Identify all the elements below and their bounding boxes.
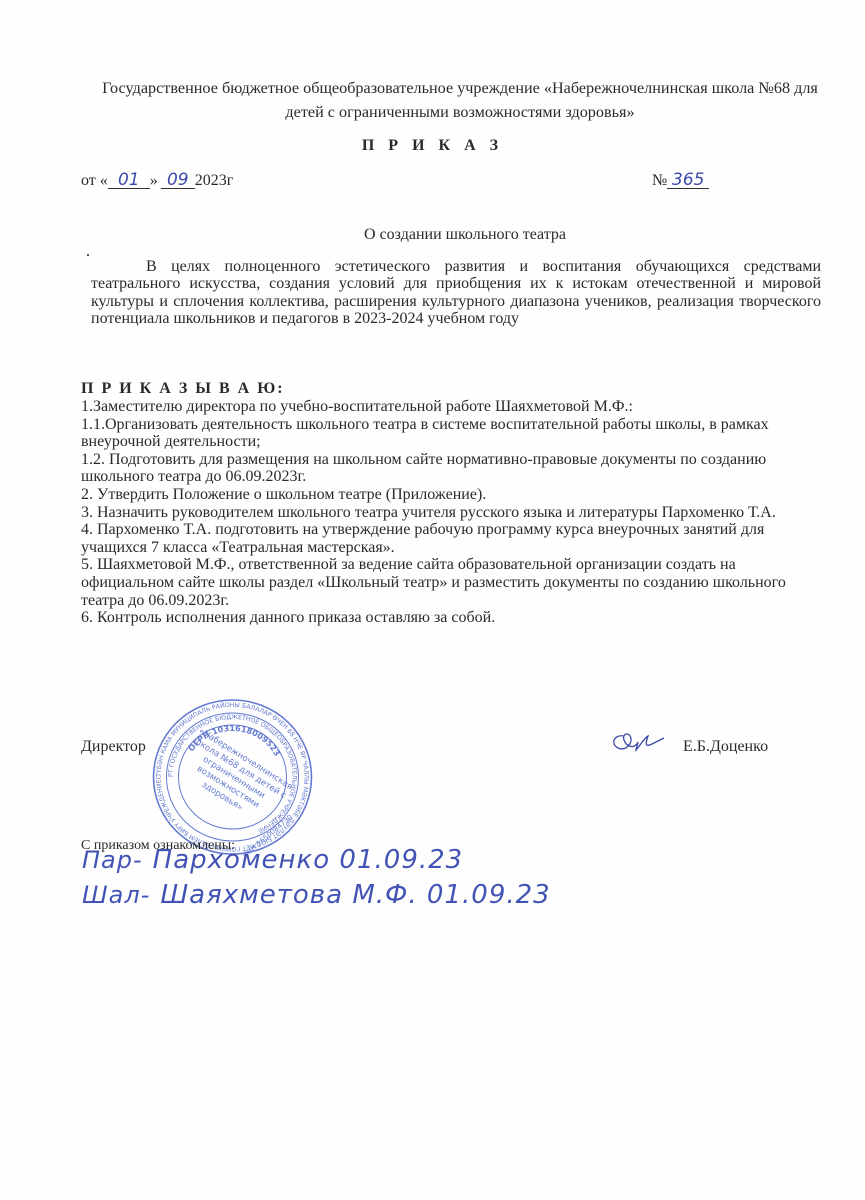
date-prefix: от « — [81, 172, 108, 189]
order-item: 1.Заместителю директора по учебно-воспит… — [81, 398, 821, 416]
orders-list: 1.Заместителю директора по учебно-воспит… — [81, 398, 821, 627]
order-item: 5. Шаяхметовой М.Ф., ответственной за ве… — [81, 556, 821, 609]
order-item: 3. Назначить руководителем школьного теа… — [81, 504, 821, 522]
date-month: 09 — [161, 172, 195, 189]
director-label: Директор — [81, 738, 146, 756]
date-day: 01 — [108, 172, 150, 189]
orders-heading: П Р И К А З Ы В А Ю: — [81, 380, 285, 398]
handwritten-name-date: Шаяхметова М.Ф. 01.09.23 — [160, 880, 550, 910]
preamble-text: В целях полноценного эстетического разви… — [91, 258, 821, 328]
document-title: П Р И К А З — [0, 137, 865, 155]
order-item: 2. Утвердить Положение о школьном театре… — [81, 486, 821, 504]
director-name: Е.Б.Доценко — [683, 738, 768, 756]
acknowledgement-entry: Шал-Шаяхметова М.Ф. 01.09.23 — [82, 880, 551, 910]
handwritten-initials: Пар- — [82, 846, 143, 874]
director-signature-icon — [608, 728, 678, 756]
handwritten-initials: Шал- — [82, 881, 150, 909]
order-subject: О создании школьного театра — [0, 226, 865, 244]
order-item: 1.1.Организовать деятельность школьного … — [81, 416, 821, 451]
institution-header: Государственное бюджетное общеобразовате… — [95, 76, 825, 124]
official-stamp-icon: ТҮБӘН КАМА МУНИЦИПАЛЬ РАЙОНЫ БАЛАЛАР ӨЧЕ… — [150, 697, 315, 857]
date-year: 2023г — [195, 172, 234, 189]
order-item: 6. Контроль исполнения данного приказа о… — [81, 609, 821, 627]
order-item: 1.2. Подготовить для размещения на школь… — [81, 451, 821, 486]
order-number: №365 — [652, 172, 709, 190]
document-page: Государственное бюджетное общеобразовате… — [0, 0, 865, 1200]
date-mid: » — [150, 172, 158, 189]
number-label: № — [652, 172, 667, 189]
order-item: 4. Пархоменко Т.А. подготовить на утверж… — [81, 521, 821, 556]
scan-speck — [87, 254, 89, 256]
acknowledgement-entry: Пар-Пархоменко 01.09.23 — [82, 845, 463, 875]
number-value: 365 — [667, 172, 709, 189]
preamble: В целях полноценного эстетического разви… — [91, 258, 821, 328]
order-date: от «01»092023г — [81, 172, 233, 190]
handwritten-name-date: Пархоменко 01.09.23 — [153, 845, 464, 875]
